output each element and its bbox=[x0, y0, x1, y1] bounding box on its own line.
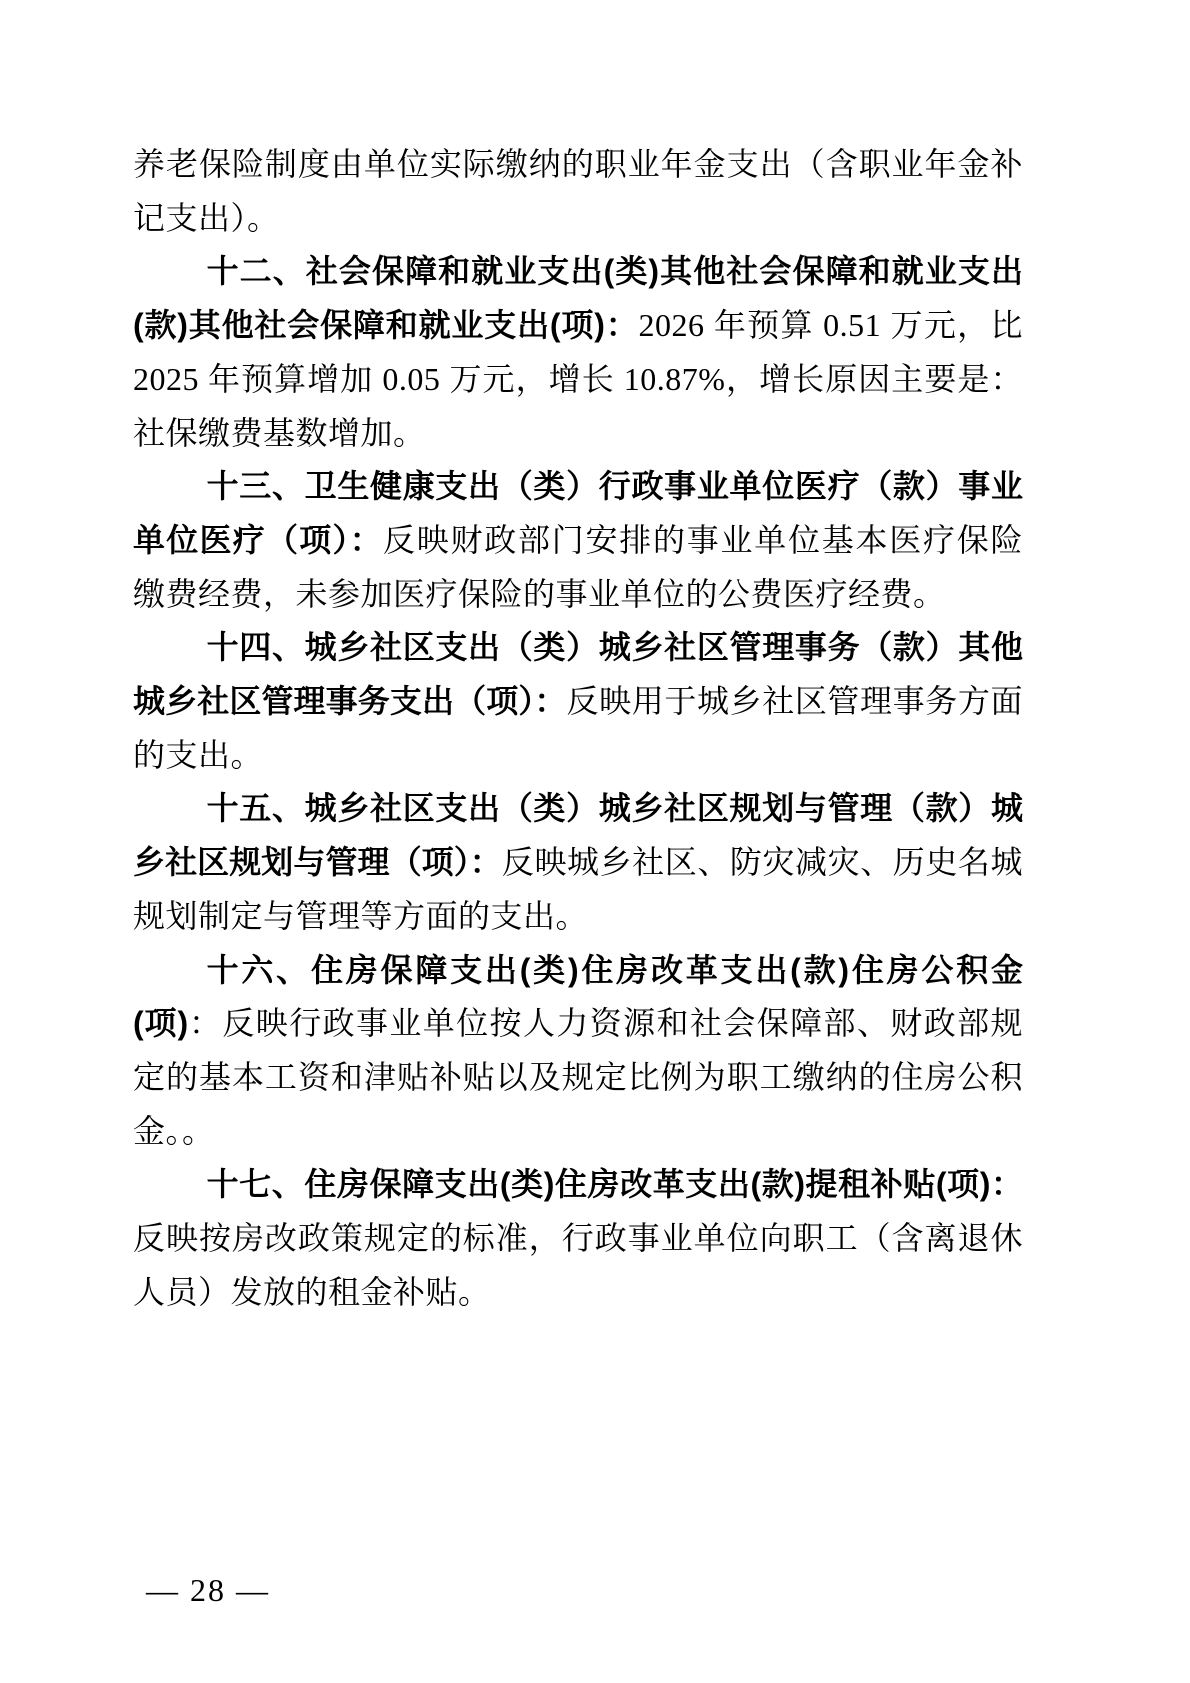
body-text-run: ：反映行政事业单位按人力资源和社会保障部、财政部规定的基本工资和津贴补贴以及规定… bbox=[133, 1005, 1023, 1148]
page-footer: — 28 — bbox=[146, 1572, 270, 1609]
page-number: — 28 — bbox=[146, 1572, 270, 1608]
section-heading-run: 十七、住房保障支出(类)住房改革支出(款)提租补贴(项)： bbox=[207, 1166, 1023, 1202]
paragraph: 十五、城乡社区支出（类）城乡社区规划与管理（款）城乡社区规划与管理（项）：反映城… bbox=[133, 782, 1023, 943]
document-body: 养老保险制度由单位实际缴纳的职业年金支出（含职业年金补记支出）。十二、社会保障和… bbox=[133, 138, 1023, 1319]
paragraph: 十二、社会保障和就业支出(类)其他社会保障和就业支出(款)其他社会保障和就业支出… bbox=[133, 245, 1023, 460]
body-text-run: 养老保险制度由单位实际缴纳的职业年金支出（含职业年金补记支出）。 bbox=[133, 146, 1023, 236]
document-page: 养老保险制度由单位实际缴纳的职业年金支出（含职业年金补记支出）。十二、社会保障和… bbox=[0, 0, 1190, 1683]
paragraph: 十四、城乡社区支出（类）城乡社区管理事务（款）其他城乡社区管理事务支出（项）：反… bbox=[133, 621, 1023, 782]
paragraph: 养老保险制度由单位实际缴纳的职业年金支出（含职业年金补记支出）。 bbox=[133, 138, 1023, 245]
body-text-run: 反映按房改政策规定的标准，行政事业单位向职工（含离退休人员）发放的租金补贴。 bbox=[133, 1220, 1023, 1310]
paragraph: 十三、卫生健康支出（类）行政事业单位医疗（款）事业单位医疗（项）：反映财政部门安… bbox=[133, 460, 1023, 621]
paragraph: 十六、住房保障支出(类)住房改革支出(款)住房公积金(项)：反映行政事业单位按人… bbox=[133, 944, 1023, 1159]
paragraph: 十七、住房保障支出(类)住房改革支出(款)提租补贴(项)：反映按房改政策规定的标… bbox=[133, 1158, 1023, 1319]
